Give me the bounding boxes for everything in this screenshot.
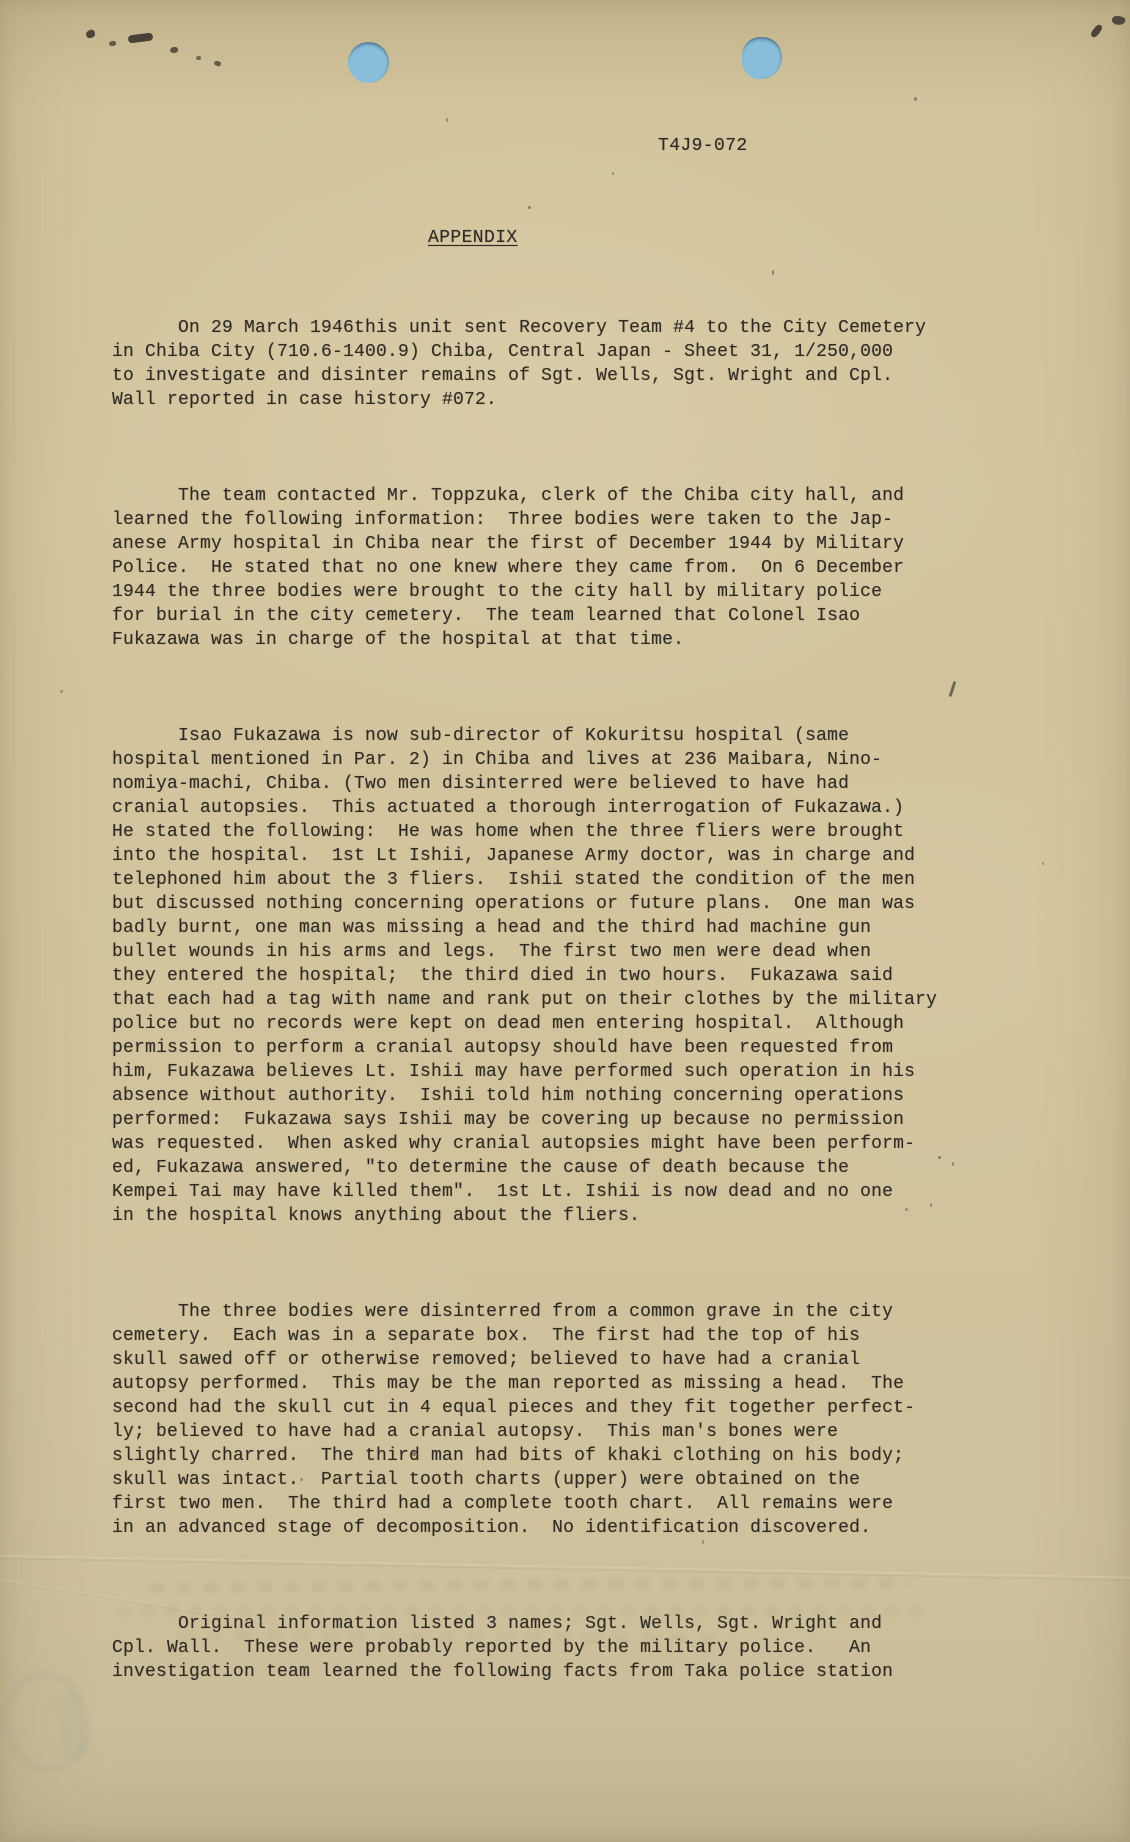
ink-smudge — [196, 56, 201, 60]
ink-smudge — [1089, 23, 1103, 38]
paper-speck — [300, 1478, 303, 1481]
ink-smudge — [170, 47, 178, 53]
paper-speck — [60, 690, 63, 693]
paper-speck — [702, 1540, 704, 1544]
paper-speck — [938, 1156, 941, 1159]
paper-speck — [412, 1452, 416, 1456]
paper-speck — [930, 1203, 932, 1207]
paragraph: On 29 March 1946this unit sent Recovery … — [112, 316, 1022, 412]
paragraph: Isao Fukazawa is now sub-director of Kok… — [112, 724, 1022, 1228]
ink-smudge — [213, 60, 221, 67]
document-body: On 29 March 1946this unit sent Recovery … — [112, 268, 1022, 1756]
paragraph: The three bodies were disinterred from a… — [112, 1300, 1022, 1540]
ink-smudge — [1111, 14, 1126, 26]
document-reference-number: T4J9-072 — [658, 136, 748, 156]
ink-smudge — [85, 29, 96, 39]
bleed-through-mark — [118, 1606, 928, 1616]
ink-smudge — [109, 41, 116, 46]
paper-speck — [446, 118, 448, 122]
paper-speck — [1042, 862, 1044, 865]
paper-speck — [772, 270, 774, 275]
scanned-document-page: T4J9-072 APPENDIX On 29 March 1946this u… — [0, 0, 1130, 1842]
paper-speck — [612, 172, 614, 175]
hole-punch-icon — [348, 42, 389, 83]
ink-smudge — [128, 33, 154, 44]
paper-speck — [914, 97, 917, 101]
paragraph: The team contacted Mr. Toppzuka, clerk o… — [112, 484, 1022, 652]
paragraph: Original information listed 3 names; Sgt… — [112, 1612, 1022, 1684]
document-title: APPENDIX — [428, 228, 518, 248]
hole-punch-icon — [742, 37, 782, 79]
paper-speck — [528, 206, 531, 209]
paper-speck — [905, 1208, 908, 1211]
paper-speck — [952, 1162, 954, 1166]
